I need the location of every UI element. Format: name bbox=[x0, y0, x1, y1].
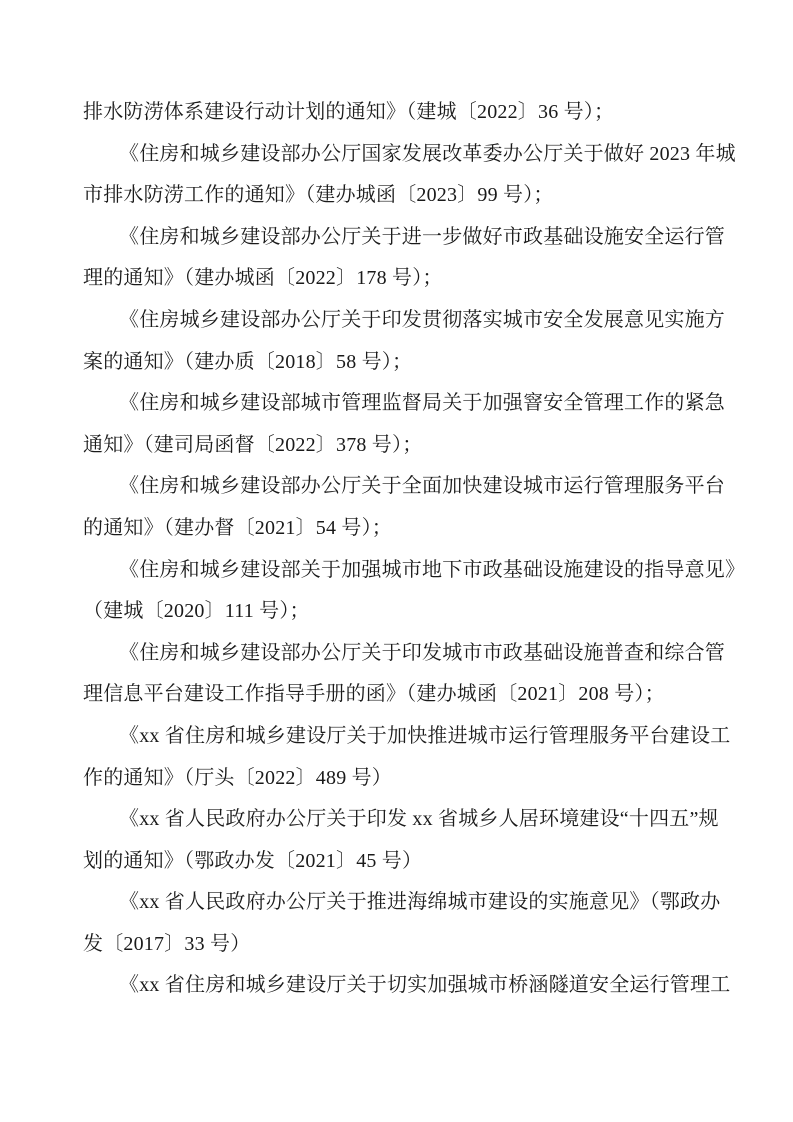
document-line: 发〔2017〕33 号） bbox=[83, 924, 723, 966]
document-line: 理的通知》（建办城函〔2022〕178 号）； bbox=[83, 258, 723, 300]
document-line: 划的通知》（鄂政办发〔2021〕45 号） bbox=[83, 841, 723, 883]
document-line: 《住房和城乡建设部办公厅国家发展改革委办公厅关于做好 2023 年城 bbox=[83, 134, 723, 176]
document-line: 案的通知》（建办质〔2018〕58 号）； bbox=[83, 342, 723, 384]
document-line: 理信息平台建设工作指导手册的函》（建办城函〔2021〕208 号）； bbox=[83, 674, 723, 716]
document-line: 《住房和城乡建设部城市管理监督局关于加强窨安全管理工作的紧急 bbox=[83, 383, 723, 425]
document-line: 《住房和城乡建设部办公厅关于印发城市市政基础设施普查和综合管 bbox=[83, 633, 723, 675]
document-line: 《xx 省住房和城乡建设厅关于切实加强城市桥涵隧道安全运行管理工 bbox=[83, 965, 723, 1007]
document-line: 通知》（建司局函督〔2022〕378 号）； bbox=[83, 425, 723, 467]
document-line: 《xx 省住房和城乡建设厅关于加快推进城市运行管理服务平台建设工 bbox=[83, 716, 723, 758]
document-page: 排水防涝体系建设行动计划的通知》（建城〔2022〕36 号）； 《住房和城乡建设… bbox=[0, 0, 793, 1122]
document-line: 排水防涝体系建设行动计划的通知》（建城〔2022〕36 号）； bbox=[83, 92, 723, 134]
document-line: 《住房城乡建设部办公厅关于印发贯彻落实城市安全发展意见实施方 bbox=[83, 300, 723, 342]
document-line: 的通知》（建办督〔2021〕54 号）； bbox=[83, 508, 723, 550]
document-line: 《住房和城乡建设部关于加强城市地下市政基础设施建设的指导意见》 bbox=[83, 550, 723, 592]
document-line: 市排水防涝工作的通知》（建办城函〔2023〕99 号）； bbox=[83, 175, 723, 217]
document-line: （建城〔2020〕111 号）； bbox=[83, 591, 723, 633]
document-line: 《xx 省人民政府办公厅关于推进海绵城市建设的实施意见》（鄂政办 bbox=[83, 882, 723, 924]
document-line: 《住房和城乡建设部办公厅关于全面加快建设城市运行管理服务平台 bbox=[83, 466, 723, 508]
document-line: 作的通知》（厅头〔2022〕489 号） bbox=[83, 758, 723, 800]
document-line: 《xx 省人民政府办公厅关于印发 xx 省城乡人居环境建设“十四五”规 bbox=[83, 799, 723, 841]
document-line: 《住房和城乡建设部办公厅关于进一步做好市政基础设施安全运行管 bbox=[83, 217, 723, 259]
